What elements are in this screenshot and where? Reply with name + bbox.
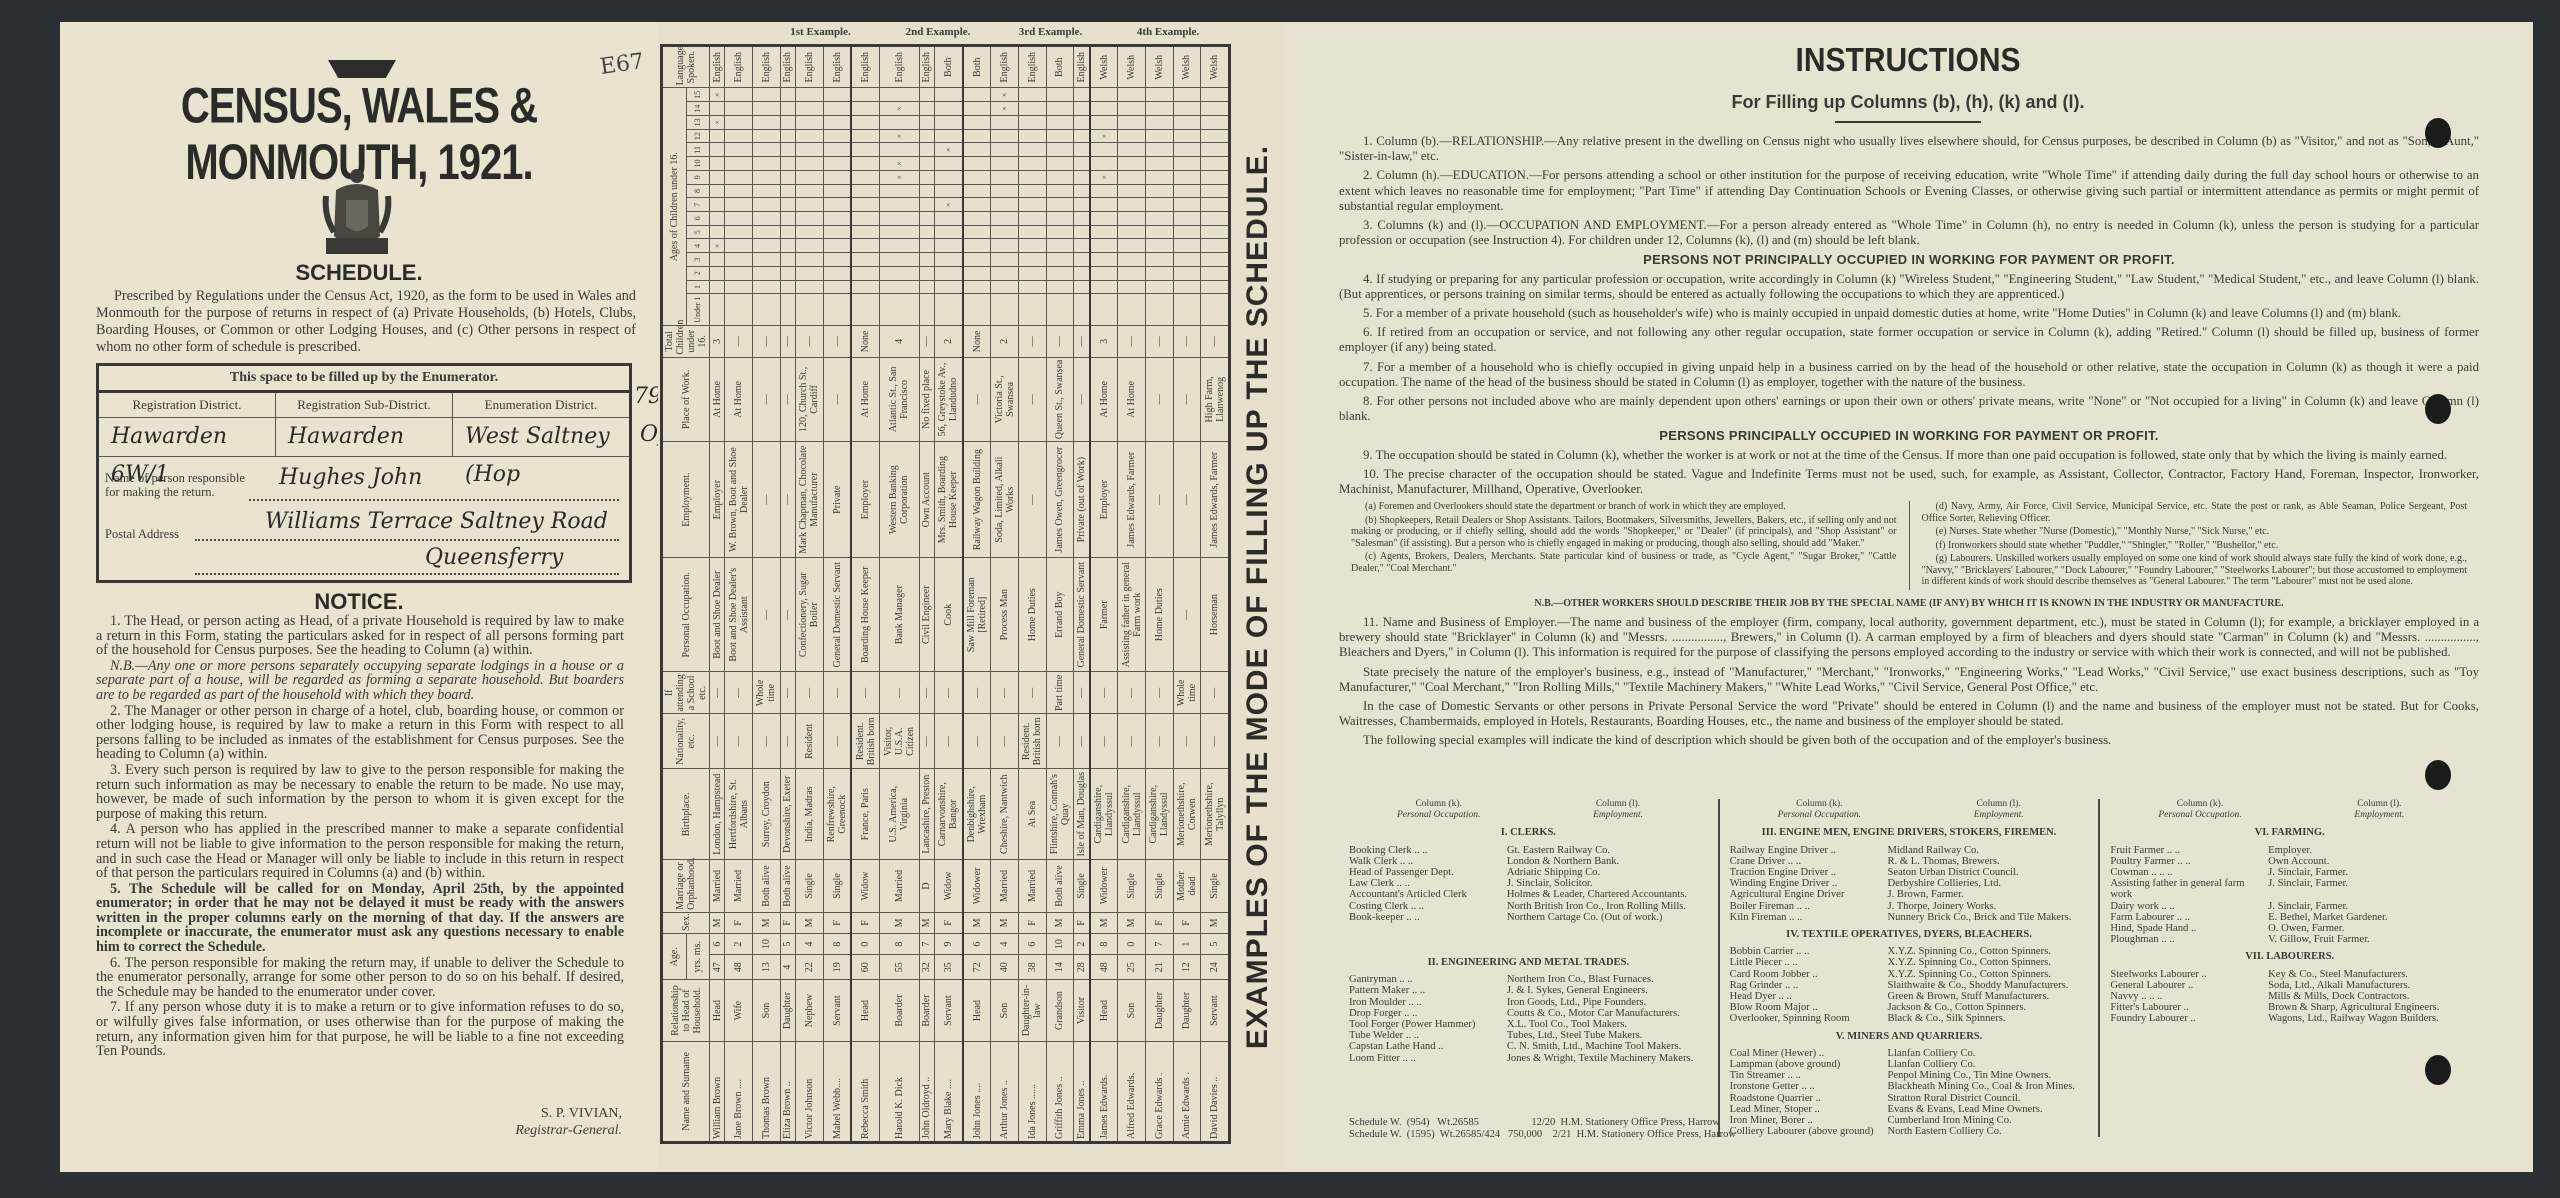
place-of-work-cell: 56, Greystoke Av., Llandudno — [935, 357, 963, 441]
child-age-mark-cell — [991, 184, 1019, 198]
employer-text: Nunnery Brick Co., Brick and Tile Makers… — [1887, 912, 2088, 923]
nationality-cell: — — [823, 714, 851, 769]
signature-title: Registrar-General. — [515, 1122, 622, 1139]
child-age-mark-cell — [935, 239, 963, 253]
sex-cell: F — [1145, 912, 1173, 933]
child-age-mark-cell: × — [710, 239, 725, 253]
child-age-mark-cell — [1118, 280, 1146, 294]
occupation-cell: Boarding House Keeper — [851, 558, 879, 672]
child-age-mark-cell — [823, 170, 851, 184]
occupation-text: Navvy .. .. .. — [2110, 991, 2268, 1002]
age-years-cell: 48 — [725, 955, 753, 980]
child-age-mark-cell — [1074, 225, 1090, 239]
employer-text: Slaithwaite & Co., Shoddy Manufacturers. — [1887, 980, 2088, 991]
instructions-title: INSTRUCTIONS — [1283, 42, 2533, 79]
occupation-cell: Assisting father in general Farm work — [1118, 558, 1146, 672]
total-children-cell: None — [851, 326, 879, 358]
birthplace-cell: U.S. America, Virginia — [879, 769, 919, 860]
child-age-mark-cell — [1173, 266, 1201, 280]
relationship-cell: Head — [963, 980, 991, 1041]
child-age-mark-cell — [963, 253, 991, 267]
col-header-relationship: Relationship to Head of Household. — [662, 980, 710, 1041]
child-age-mark-cell — [1046, 198, 1074, 212]
employment-cell: Mrs. Smith, Boarding House Keeper — [935, 442, 963, 558]
occupation-cell: — — [1173, 558, 1201, 672]
child-age-mark-cell — [879, 212, 919, 226]
employer-text: Mills & Mills, Dock Contractors. — [2268, 991, 2469, 1002]
child-age-mark-cell — [710, 184, 725, 198]
child-age-mark-cell — [725, 294, 753, 326]
child-age-mark-cell — [935, 157, 963, 171]
child-age-mark-cell — [1201, 116, 1230, 130]
occupation-text: Coal Miner (Hewer) .. — [1730, 1048, 1888, 1059]
marriage-cell: Widower — [963, 860, 991, 913]
employer-text: X.Y.Z. Spinning Co., Cotton Spinners. — [1887, 946, 2088, 957]
child-age-mark-cell — [725, 239, 753, 253]
child-age-mark-cell — [823, 116, 851, 130]
col-header-child-age: 10 — [686, 157, 709, 171]
occupation-text: Lead Miner, Stoper .. — [1730, 1104, 1888, 1115]
child-age-mark-cell — [1145, 198, 1173, 212]
age-months-cell: 10 — [1046, 934, 1074, 955]
table-row: David Davies ..Servant245MSingleMerionet… — [1201, 46, 1230, 1143]
sex-cell: F — [1019, 912, 1047, 933]
occupation-text: Book-keeper .. .. — [1349, 912, 1507, 923]
child-age-mark-cell — [725, 129, 753, 143]
school-cell: Whole time — [1173, 672, 1201, 714]
employment-cell: James Edwards, Farmer — [1201, 442, 1230, 558]
subnote: (d) Navy, Army, Air Force, Civil Service… — [1922, 501, 2468, 524]
instruction-item: 11. Name and Business of Employer.—The n… — [1339, 615, 2479, 661]
child-age-mark-cell — [753, 198, 781, 212]
language-cell: Both — [935, 46, 963, 88]
example-label: 4th Example. — [1108, 26, 1228, 38]
employment-cell: Employer — [851, 442, 879, 558]
employer-text: X.Y.Z. Spinning Co., Cotton Spinners. — [1887, 969, 2088, 980]
instruction-item: 1. Column (b).—RELATIONSHIP.—Any relativ… — [1339, 134, 2479, 164]
total-children-cell: — — [919, 326, 934, 358]
col-header-child-age: 14 — [686, 102, 709, 116]
examples-column: Column (k).Personal Occupation.Column (l… — [2098, 799, 2479, 1137]
example-row: Boiler Fireman .. ..J. Thorpe, Joinery W… — [1730, 901, 2089, 912]
intro-paragraph: Prescribed by Regulations under the Cens… — [96, 288, 636, 356]
occupation-text: Lampman (above ground) — [1730, 1059, 1888, 1070]
child-age-mark-cell — [823, 294, 851, 326]
child-age-mark-cell: × — [879, 102, 919, 116]
child-age-mark-cell — [725, 157, 753, 171]
postal-address-field-line1[interactable]: Williams Terrace Saltney Road — [195, 509, 619, 541]
nationality-cell: Resident. British born — [1019, 714, 1047, 769]
occupation-text: Kiln Fireman .. .. — [1730, 912, 1888, 923]
child-age-mark-cell — [1090, 225, 1118, 239]
name-cell: Alfred Edwards. — [1118, 1041, 1146, 1142]
child-age-mark-cell — [1145, 102, 1173, 116]
subnote: (b) Shopkeepers, Retail Dealers or Shop … — [1351, 515, 1897, 550]
child-age-mark-cell — [1090, 212, 1118, 226]
child-age-mark-cell — [823, 129, 851, 143]
example-row: Poultry Farmer .. ..Own Account. — [2110, 856, 2469, 867]
child-age-mark-cell — [710, 170, 725, 184]
col-header-children-ages: Ages of Children under 16. — [662, 88, 687, 326]
language-cell: English — [1019, 46, 1047, 88]
child-age-mark-cell — [919, 129, 934, 143]
examples-column: Column (k).Personal Occupation.Column (l… — [1339, 799, 1718, 1137]
occupation-text: Steelworks Labourer .. — [2110, 969, 2268, 980]
relationship-cell: Head — [710, 980, 725, 1041]
child-age-mark-cell — [823, 225, 851, 239]
child-age-mark-cell — [780, 116, 795, 130]
name-cell: Mary Blake .... — [935, 1041, 963, 1142]
employer-text: Jackson & Co., Cotton Spinners. — [1887, 1002, 2088, 1013]
example-row: Blow Room Major ..Jackson & Co., Cotton … — [1730, 1002, 2089, 1013]
punch-hole-icon — [2425, 118, 2451, 148]
place-of-work-cell: 120, Church St., Cardiff — [796, 357, 824, 441]
child-age-mark-cell — [753, 266, 781, 280]
child-age-mark-cell — [1090, 116, 1118, 130]
postal-address-field-line2[interactable]: Queensferry — [195, 545, 619, 575]
child-age-mark-cell — [1019, 212, 1047, 226]
child-age-mark-cell — [1173, 116, 1201, 130]
table-row: Victor JohnsonNephew224MSingleIndia, Mad… — [796, 46, 824, 1143]
example-row: Roadstone Quarrier ..Stratton Rural Dist… — [1730, 1093, 2089, 1104]
child-age-mark-cell — [919, 88, 934, 102]
child-age-mark-cell — [753, 116, 781, 130]
name-cell: William Brown — [710, 1041, 725, 1142]
child-age-mark-cell — [1145, 116, 1173, 130]
occupation-text: Tool Forger (Power Hammer) — [1349, 1019, 1507, 1030]
child-age-mark-cell — [1201, 212, 1230, 226]
child-age-mark-cell — [1173, 129, 1201, 143]
child-age-mark-cell — [963, 198, 991, 212]
child-age-mark-cell — [1074, 116, 1090, 130]
child-age-mark-cell — [1201, 143, 1230, 157]
nationality-cell: — — [1074, 714, 1090, 769]
child-age-mark-cell — [710, 266, 725, 280]
birthplace-cell: Flintshire, Connah's Quay — [1046, 769, 1074, 860]
child-age-mark-cell: × — [879, 129, 919, 143]
example-row: Pattern Maker .. ..J. & I. Sykes, Genera… — [1349, 985, 1708, 996]
example-label: 1st Example. — [758, 26, 883, 38]
child-age-mark-cell — [919, 294, 934, 326]
child-age-mark-cell — [780, 294, 795, 326]
child-age-mark-cell — [1074, 266, 1090, 280]
child-age-mark-cell — [879, 225, 919, 239]
birthplace-cell: Lancashire, Preston — [919, 769, 934, 860]
employer-text: Own Account. — [2268, 856, 2469, 867]
person-responsible-field[interactable]: Hughes John — [249, 465, 619, 501]
employment-cell: Mark Chapman, Chocolate Manufacturer — [796, 442, 824, 558]
age-months-cell: 9 — [935, 934, 963, 955]
child-age-mark-cell — [796, 198, 824, 212]
sex-cell: M — [879, 912, 919, 933]
child-age-mark-cell — [725, 116, 753, 130]
occupation-text: Railway Engine Driver .. — [1730, 845, 1888, 856]
occupation-text: Fruit Farmer .. .. — [2110, 845, 2268, 856]
child-age-mark-cell — [1074, 280, 1090, 294]
column-l-sublabel: Employment. — [1909, 810, 2088, 821]
child-age-mark-cell — [919, 143, 934, 157]
nationality-cell: — — [710, 714, 725, 769]
table-row: Griffith Jones ..Grandson1410MBoth alive… — [1046, 46, 1074, 1143]
col-header-total-children: Total Children under 16. — [662, 326, 710, 358]
sex-cell: F — [851, 912, 879, 933]
column-k-label: Column (k). — [2177, 799, 2223, 809]
child-age-mark-cell — [919, 266, 934, 280]
child-age-mark-cell — [963, 102, 991, 116]
child-age-mark-cell — [796, 266, 824, 280]
language-cell: English — [1074, 46, 1090, 88]
relationship-cell: Visitor — [1074, 980, 1090, 1041]
sex-cell: M — [1201, 912, 1230, 933]
example-row: Steelworks Labourer ..Key & Co., Steel M… — [2110, 969, 2469, 980]
child-age-mark-cell — [1046, 88, 1074, 102]
footer-line: Schedule W. (1595) Wt.26585/424 750,000 … — [1349, 1129, 1736, 1141]
child-age-mark-cell — [796, 129, 824, 143]
relationship-cell: Daughter-in-law — [1019, 980, 1047, 1041]
category-heading: IV. TEXTILE OPERATIVES, DYERS, BLEACHERS… — [1730, 929, 2089, 940]
school-cell: — — [1019, 672, 1047, 714]
employer-text: Gt. Eastern Railway Co. — [1507, 845, 1708, 856]
employer-text: Coutts & Co., Motor Car Manufacturers. — [1507, 1008, 1708, 1019]
occupation-text: Drop Forger .. .. — [1349, 1008, 1507, 1019]
name-cell: Thomas Brown — [753, 1041, 781, 1142]
example-row: Railway Engine Driver ..Midland Railway … — [1730, 845, 2089, 856]
child-age-mark-cell — [991, 129, 1019, 143]
child-age-mark-cell — [919, 198, 934, 212]
child-age-mark-cell — [710, 294, 725, 326]
child-age-mark-cell: × — [991, 88, 1019, 102]
registration-district-field[interactable]: Hawarden 6W/1 — [99, 418, 276, 456]
age-months-cell: 5 — [1201, 934, 1230, 955]
nationality-cell: — — [780, 714, 795, 769]
relationship-cell: Servant — [1201, 980, 1230, 1041]
child-age-mark-cell — [823, 280, 851, 294]
child-age-mark-cell — [879, 294, 919, 326]
child-age-mark-cell — [851, 253, 879, 267]
subnote: (g) Labourers. Unskilled workers usually… — [1922, 553, 2468, 588]
child-age-mark-cell — [991, 198, 1019, 212]
example-row: Law Clerk .. ..J. Sinclair, Solicitor. — [1349, 878, 1708, 889]
column-k-label: Column (k). — [1415, 799, 1461, 809]
child-age-mark-cell — [1118, 157, 1146, 171]
child-age-mark-cell — [935, 294, 963, 326]
child-age-mark-cell — [1201, 88, 1230, 102]
employer-text: J. Brown, Farmer. — [1887, 889, 2088, 900]
child-age-mark-cell — [991, 280, 1019, 294]
child-age-mark-cell — [1173, 294, 1201, 326]
school-cell: — — [710, 672, 725, 714]
table-row: James Edwards.Head488MWidowerCardiganshi… — [1090, 46, 1118, 1143]
child-age-mark-cell — [851, 143, 879, 157]
employer-text: V. Gillow, Fruit Farmer. — [2268, 934, 2469, 945]
employment-cell: James Owen, Greengrocer — [1046, 442, 1074, 558]
child-age-mark-cell — [1145, 253, 1173, 267]
employer-text: Northern Cartage Co. (Out of work.) — [1507, 912, 1708, 923]
child-age-mark-cell — [1090, 294, 1118, 326]
child-age-mark-cell — [851, 102, 879, 116]
occupation-text: Foundry Labourer .. — [2110, 1013, 2268, 1024]
child-age-mark-cell — [935, 253, 963, 267]
employer-text: J. Sinclair, Farmer. — [2268, 878, 2469, 900]
example-row: Lead Miner, Stoper ..Evans & Evans, Lead… — [1730, 1104, 2089, 1115]
total-children-cell: 4 — [879, 326, 919, 358]
place-of-work-cell: — — [753, 357, 781, 441]
child-age-mark-cell — [1074, 253, 1090, 267]
relationship-cell: Servant — [935, 980, 963, 1041]
nationality-cell: — — [1145, 714, 1173, 769]
place-of-work-cell: At Home — [1090, 357, 1118, 441]
col-header-child-age: 9 — [686, 170, 709, 184]
sex-cell: M — [796, 912, 824, 933]
language-cell: English — [725, 46, 753, 88]
total-children-cell: — — [1173, 326, 1201, 358]
occupation-cell: Home Duties — [1145, 558, 1173, 672]
occupation-text: Fitter's Labourer .. — [2110, 1002, 2268, 1013]
child-age-mark-cell — [879, 239, 919, 253]
place-of-work-cell: — — [1173, 357, 1201, 441]
sex-cell: F — [823, 912, 851, 933]
child-age-mark-cell — [753, 212, 781, 226]
example-row: Booking Clerk .. ..Gt. Eastern Railway C… — [1349, 845, 1708, 856]
child-age-mark-cell — [1046, 239, 1074, 253]
child-age-mark-cell — [851, 198, 879, 212]
child-age-mark-cell — [1074, 143, 1090, 157]
child-age-mark-cell — [963, 157, 991, 171]
employment-cell: Private — [823, 442, 851, 558]
child-age-mark-cell — [1145, 225, 1173, 239]
child-age-mark-cell — [823, 102, 851, 116]
child-age-mark-cell — [935, 266, 963, 280]
child-age-mark-cell — [879, 143, 919, 157]
table-row: Harold K. DickBoarder558MMarriedU.S. Ame… — [879, 46, 919, 1143]
birthplace-cell: Cardiganshire, Llandyssul — [1118, 769, 1146, 860]
category-heading: VII. LABOURERS. — [2110, 951, 2469, 962]
example-row: Dairy work .. ..J. Sinclair, Farmer. — [2110, 901, 2469, 912]
place-of-work-cell: At Home — [851, 357, 879, 441]
child-age-mark-cell — [1046, 116, 1074, 130]
employment-cell: — — [780, 442, 795, 558]
child-age-mark-cell — [823, 212, 851, 226]
child-age-mark-cell — [1074, 102, 1090, 116]
nationality-cell: — — [1090, 714, 1118, 769]
child-age-mark-cell — [1090, 198, 1118, 212]
occupation-cell: Saw Mill Foreman [Retired] — [963, 558, 991, 672]
relationship-cell: Son — [753, 980, 781, 1041]
occupation-cell: — — [753, 558, 781, 672]
child-age-mark-cell: × — [935, 143, 963, 157]
nationality-cell: — — [935, 714, 963, 769]
total-children-cell: — — [1074, 326, 1090, 358]
child-age-mark-cell — [919, 170, 934, 184]
category-heading: III. ENGINE MEN, ENGINE DRIVERS, STOKERS… — [1730, 827, 2089, 838]
occupation-cell: Horseman — [1201, 558, 1230, 672]
employment-cell: — — [1173, 442, 1201, 558]
total-children-cell: — — [823, 326, 851, 358]
marriage-cell: Widow — [851, 860, 879, 913]
section-heading: PERSONS NOT PRINCIPALLY OCCUPIED IN WORK… — [1339, 252, 2479, 267]
age-months-cell: 6 — [710, 934, 725, 955]
language-cell: English — [710, 46, 725, 88]
age-years-cell: 4 — [780, 955, 795, 980]
rotated-examples-panel: Name and Surname Relationship to Head of… — [658, 22, 1283, 1172]
place-of-work-cell: High Farm, Llanwenog — [1201, 357, 1230, 441]
total-children-cell: — — [725, 326, 753, 358]
employer-text: Midland Railway Co. — [1887, 845, 2088, 856]
child-age-mark-cell — [725, 225, 753, 239]
marriage-cell: Mother dead — [1173, 860, 1201, 913]
school-cell: — — [851, 672, 879, 714]
occupation-text: Boiler Fireman .. .. — [1730, 901, 1888, 912]
occupation-cell: Boot and Shoe Dealer's Assistant — [725, 558, 753, 672]
relationship-cell: Boarder — [879, 980, 919, 1041]
occupation-text: Accountant's Articled Clerk — [1349, 889, 1507, 900]
child-age-mark-cell — [796, 294, 824, 326]
sex-cell: F — [935, 912, 963, 933]
language-cell: English — [879, 46, 919, 88]
employer-text: Soda, Ltd., Alkali Manufacturers. — [2268, 980, 2469, 991]
child-age-mark-cell — [1145, 280, 1173, 294]
child-age-mark-cell — [753, 143, 781, 157]
occupation-text: Winding Engine Driver .. — [1730, 878, 1888, 889]
total-children-cell: 3 — [710, 326, 725, 358]
registration-sub-district-field[interactable]: Hawarden — [276, 418, 453, 456]
column-k-sublabel: Personal Occupation. — [1349, 810, 1528, 821]
nationality-cell: — — [1201, 714, 1230, 769]
child-age-mark-cell — [851, 184, 879, 198]
relationship-cell: Wife — [725, 980, 753, 1041]
school-cell: — — [991, 672, 1019, 714]
child-age-mark-cell — [879, 253, 919, 267]
marriage-cell: Single — [1074, 860, 1090, 913]
child-age-mark-cell — [1046, 280, 1074, 294]
example-row: Capstan Lathe Hand ..C. N. Smith, Ltd., … — [1349, 1041, 1708, 1052]
place-of-work-cell: — — [1074, 357, 1090, 441]
col-header-child-age: 13 — [686, 116, 709, 130]
employer-text: J. & I. Sykes, General Engineers. — [1507, 985, 1708, 996]
occupation-text: Hind, Spade Hand .. — [2110, 923, 2268, 934]
child-age-mark-cell — [1090, 157, 1118, 171]
age-months-cell: 6 — [1019, 934, 1047, 955]
instructions-subtitle: For Filling up Columns (b), (h), (k) and… — [1283, 92, 2533, 113]
child-age-mark-cell — [851, 225, 879, 239]
marriage-cell: Married — [1019, 860, 1047, 913]
child-age-mark-cell — [1090, 88, 1118, 102]
example-row: Loom Fitter .. ..Jones & Wright, Textile… — [1349, 1053, 1708, 1064]
child-age-mark-cell — [710, 102, 725, 116]
column-k-sublabel: Personal Occupation. — [2110, 810, 2289, 821]
example-row: Assisting father in general farm workJ. … — [2110, 878, 2469, 900]
enumeration-district-field[interactable]: West Saltney (Hop — [453, 418, 629, 456]
place-of-work-cell: Victoria St., Swansea — [991, 357, 1019, 441]
child-age-mark-cell — [935, 280, 963, 294]
occupation-cell: Errand Boy — [1046, 558, 1074, 672]
example-row: Bobbin Carrier .. ..X.Y.Z. Spinning Co.,… — [1730, 946, 2089, 957]
place-of-work-cell: — — [823, 357, 851, 441]
table-row: Eliza Brown ..Daughter45FBoth aliveDevon… — [780, 46, 795, 1143]
marriage-cell: Both alive — [1046, 860, 1074, 913]
enumeration-district-label: Enumeration District. — [453, 393, 629, 417]
occupation-text: Iron Miner, Borer .. — [1730, 1115, 1888, 1126]
instruction-item: 8. For other persons not included above … — [1339, 394, 2479, 424]
child-age-mark-cell — [1173, 225, 1201, 239]
employer-text: Stratton Rural District Council. — [1887, 1093, 2088, 1104]
child-age-mark-cell — [1019, 143, 1047, 157]
child-age-mark-cell — [780, 225, 795, 239]
notice-item: 4. A person who has applied in the presc… — [96, 822, 624, 880]
notice-item: 1. The Head, or person acting as Head, o… — [96, 614, 624, 658]
child-age-mark-cell — [919, 239, 934, 253]
child-age-mark-cell — [1173, 157, 1201, 171]
